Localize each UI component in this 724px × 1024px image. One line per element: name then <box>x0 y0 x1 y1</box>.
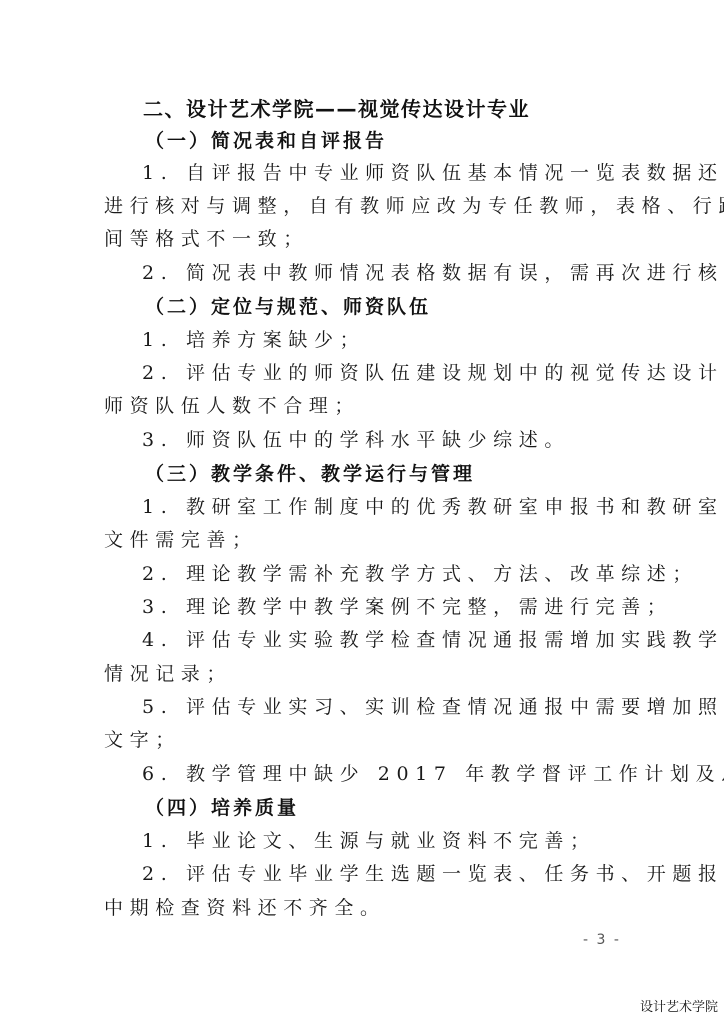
paragraph-line: 2. 理论教学需补充教学方式、方法、改革综述； <box>142 562 662 586</box>
paragraph-line: 1. 培养方案缺少； <box>142 328 662 352</box>
page-number: - 3 - <box>583 932 621 948</box>
document-title: 二、设计艺术学院——视觉传达设计专业 <box>143 96 530 122</box>
section-heading-4: （四）培养质量 <box>145 796 299 820</box>
paragraph-line: 1. 自评报告中专业师资队伍基本情况一览表数据还需要 <box>142 161 662 185</box>
paragraph-line: 文字； <box>104 728 624 752</box>
section-heading-1: （一）简况表和自评报告 <box>145 129 387 153</box>
paragraph-line: 6. 教学管理中缺少 2017 年教学督评工作计划及总结。 <box>142 762 662 786</box>
paragraph-line: 2. 评估专业毕业学生选题一览表、任务书、开题报告、 <box>142 862 662 886</box>
paragraph-line: 3. 师资队伍中的学科水平缺少综述。 <box>142 428 662 452</box>
paragraph-line: 1. 教研室工作制度中的优秀教研室申报书和教研室评优 <box>142 495 662 519</box>
paragraph-line: 师资队伍人数不合理； <box>104 394 624 418</box>
paragraph-line: 文件需完善； <box>104 528 624 552</box>
paragraph-line: 5. 评估专业实习、实训检查情况通报中需要增加照片及 <box>142 695 662 719</box>
paragraph-line: 中期检查资料还不齐全。 <box>104 896 624 920</box>
paragraph-line: 情况记录； <box>104 662 624 686</box>
document-page: 二、设计艺术学院——视觉传达设计专业 （一）简况表和自评报告 1. 自评报告中专… <box>0 0 724 1024</box>
section-heading-2: （二）定位与规范、师资队伍 <box>145 295 431 319</box>
paragraph-line: 进行核对与调整，自有教师应改为专任教师，表格、行距、时 <box>104 194 624 218</box>
paragraph-line: 2. 简况表中教师情况表格数据有误，需再次进行核对。 <box>142 261 662 285</box>
watermark: 设计艺术学院 <box>640 996 718 1015</box>
paragraph-line: 间等格式不一致； <box>104 227 624 251</box>
section-heading-3: （三）教学条件、教学运行与管理 <box>145 462 475 486</box>
paragraph-line: 3. 理论教学中教学案例不完整，需进行完善； <box>142 595 662 619</box>
paragraph-line: 4. 评估专业实验教学检查情况通报需增加实践教学检查 <box>142 628 662 652</box>
paragraph-line: 1. 毕业论文、生源与就业资料不完善； <box>142 829 662 853</box>
paragraph-line: 2. 评估专业的师资队伍建设规划中的视觉传达设计专业 <box>142 361 662 385</box>
